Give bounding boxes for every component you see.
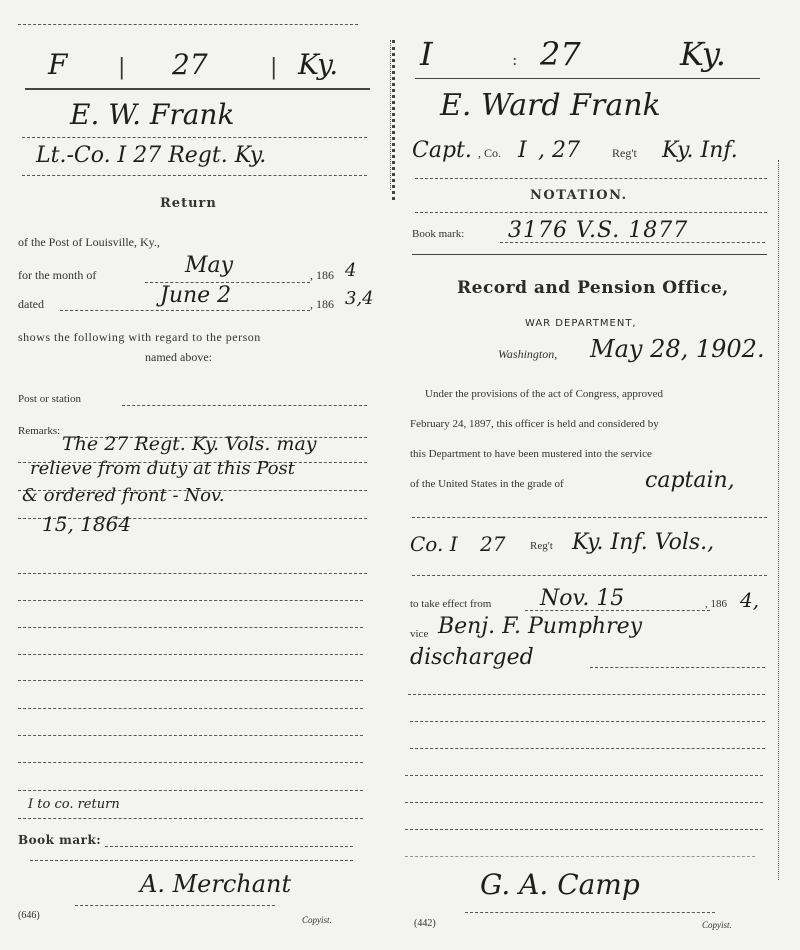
blank-line xyxy=(18,654,363,655)
effect-year-prefix: , 186 xyxy=(705,598,727,610)
blank-line xyxy=(18,790,363,791)
form-number: (646) xyxy=(18,910,40,921)
remarks-text-2: relieve from duty at this Post xyxy=(30,458,295,479)
co-line-state: Ky. Inf. Vols., xyxy=(572,530,714,555)
book-mark-line xyxy=(500,242,765,243)
blank-line xyxy=(405,856,755,857)
month-value: May xyxy=(185,253,233,278)
header-separator: | xyxy=(270,55,277,80)
co-line-regiment: 27 xyxy=(480,532,505,556)
name-rule xyxy=(22,137,367,138)
remarks-line-5 xyxy=(18,573,367,574)
book-mark-line xyxy=(105,846,353,847)
shows-line2: named above: xyxy=(145,350,212,365)
rank-rule xyxy=(415,178,767,179)
rank-co-value: I xyxy=(518,138,527,163)
effect-value: Nov. 15 xyxy=(540,586,624,611)
post-station-line xyxy=(122,405,367,406)
department-label: WAR DEPARTMENT, xyxy=(525,318,637,329)
right-card-edge xyxy=(778,160,779,880)
dated-year-suffix: 3,4 xyxy=(345,288,374,309)
company-letter: I xyxy=(420,35,433,73)
book-mark-line-2 xyxy=(30,860,353,861)
rank-co-label: , Co. xyxy=(478,146,501,161)
shows-line1: shows the following with regard to the p… xyxy=(18,330,261,345)
co-line-company: Co. I xyxy=(410,532,458,556)
co-line-label: Reg't xyxy=(530,540,553,552)
card-divider xyxy=(392,40,395,200)
soldier-name: E. Ward Frank xyxy=(440,88,661,123)
header-separator: : xyxy=(512,50,517,69)
month-year-prefix: , 186 xyxy=(310,268,334,283)
book-mark-rule xyxy=(412,254,767,255)
right-card-notation: I : 27 Ky. E. Ward Frank Capt. , Co. I ,… xyxy=(400,0,800,950)
regiment-number: 27 xyxy=(540,35,581,73)
left-card-edge xyxy=(390,40,391,190)
header-rule xyxy=(25,88,370,90)
place-label: Washington, xyxy=(498,347,557,362)
rank-rule xyxy=(22,175,367,176)
book-mark-label: Book mark: xyxy=(18,833,101,847)
signature-line xyxy=(465,912,715,913)
state-abbr: Ky. xyxy=(298,48,338,81)
left-card-return: F | 27 | Ky. E. W. Frank Lt.-Co. I 27 Re… xyxy=(0,0,395,950)
company-letter: F xyxy=(48,48,67,81)
blank-line xyxy=(405,775,763,776)
soldier-name: E. W. Frank xyxy=(70,98,234,131)
vice-value: Benj. F. Pumphrey xyxy=(438,614,642,639)
rank-state-value: Ky. Inf. xyxy=(662,138,738,163)
remarks-text-4: 15, 1864 xyxy=(42,512,131,536)
copyist-label: Copyist. xyxy=(702,920,732,930)
copyist-label: Copyist. xyxy=(302,915,332,925)
notation-title: NOTATION. xyxy=(530,188,628,203)
month-year-suffix: 4 xyxy=(345,260,356,281)
place-date: May 28, 1902. xyxy=(590,335,765,363)
remarks-text-3: & ordered front - Nov. xyxy=(22,485,225,506)
copyist-signature: G. A. Camp xyxy=(480,868,640,901)
copyist-signature: A. Merchant xyxy=(140,870,291,898)
blank-line xyxy=(408,694,765,695)
notation-rule xyxy=(415,212,767,213)
rank-line: Lt.-Co. I 27 Regt. Ky. xyxy=(36,143,266,168)
body-line-1: Under the provisions of the act of Congr… xyxy=(425,388,663,400)
dated-field-line xyxy=(60,310,310,311)
blank-line xyxy=(405,802,763,803)
bottom-note-line xyxy=(18,818,363,819)
state-abbr: Ky. xyxy=(680,35,726,73)
remarks-label: Remarks: xyxy=(18,425,60,437)
dated-label: dated xyxy=(18,297,44,312)
rank-reg-label: Reg't xyxy=(612,146,637,161)
discharged-line xyxy=(590,667,765,668)
blank-line xyxy=(18,627,363,628)
dated-year-prefix: , 186 xyxy=(310,297,334,312)
blank-line xyxy=(410,721,765,722)
blank-line xyxy=(18,680,363,681)
effect-label: to take effect from xyxy=(410,598,491,610)
rank-reg-value: , 27 xyxy=(538,138,580,163)
rank-title: Capt. xyxy=(412,138,472,163)
blank-line xyxy=(18,600,363,601)
blank-line xyxy=(410,748,765,749)
blank-line xyxy=(18,735,363,736)
bottom-note: I to co. return xyxy=(28,797,120,812)
blank-line xyxy=(18,762,363,763)
signature-line xyxy=(75,905,275,906)
form-number: (442) xyxy=(414,918,436,929)
office-title: Record and Pension Office, xyxy=(457,278,729,298)
body-line-3: this Department to have been mustered in… xyxy=(410,448,652,460)
co-rule xyxy=(412,575,767,576)
top-rule xyxy=(18,24,358,25)
effect-year-suffix: 4, xyxy=(740,588,759,612)
body-line-2: February 24, 1897, this officer is held … xyxy=(410,418,659,430)
book-mark-value: 3176 V.S. 1877 xyxy=(508,218,688,243)
dated-value: June 2 xyxy=(160,283,231,308)
regiment-number: 27 xyxy=(172,48,208,81)
blank-line xyxy=(405,829,763,830)
body-line-4: of the United States in the grade of xyxy=(410,478,564,490)
post-station-label: Post or station xyxy=(18,393,81,405)
header-rule xyxy=(415,78,760,79)
remarks-text-1: The 27 Regt. Ky. Vols. may xyxy=(62,433,317,455)
form-title: Return xyxy=(160,196,217,211)
grade-rule xyxy=(412,517,767,518)
vice-label: vice xyxy=(410,628,428,640)
blank-line xyxy=(18,708,363,709)
grade-value: captain, xyxy=(645,468,735,493)
post-line: of the Post of Louisville, Ky., xyxy=(18,235,160,250)
month-label: for the month of xyxy=(18,268,96,283)
header-separator: | xyxy=(118,55,125,80)
discharged-value: discharged xyxy=(410,645,534,670)
book-mark-label: Book mark: xyxy=(412,228,464,240)
